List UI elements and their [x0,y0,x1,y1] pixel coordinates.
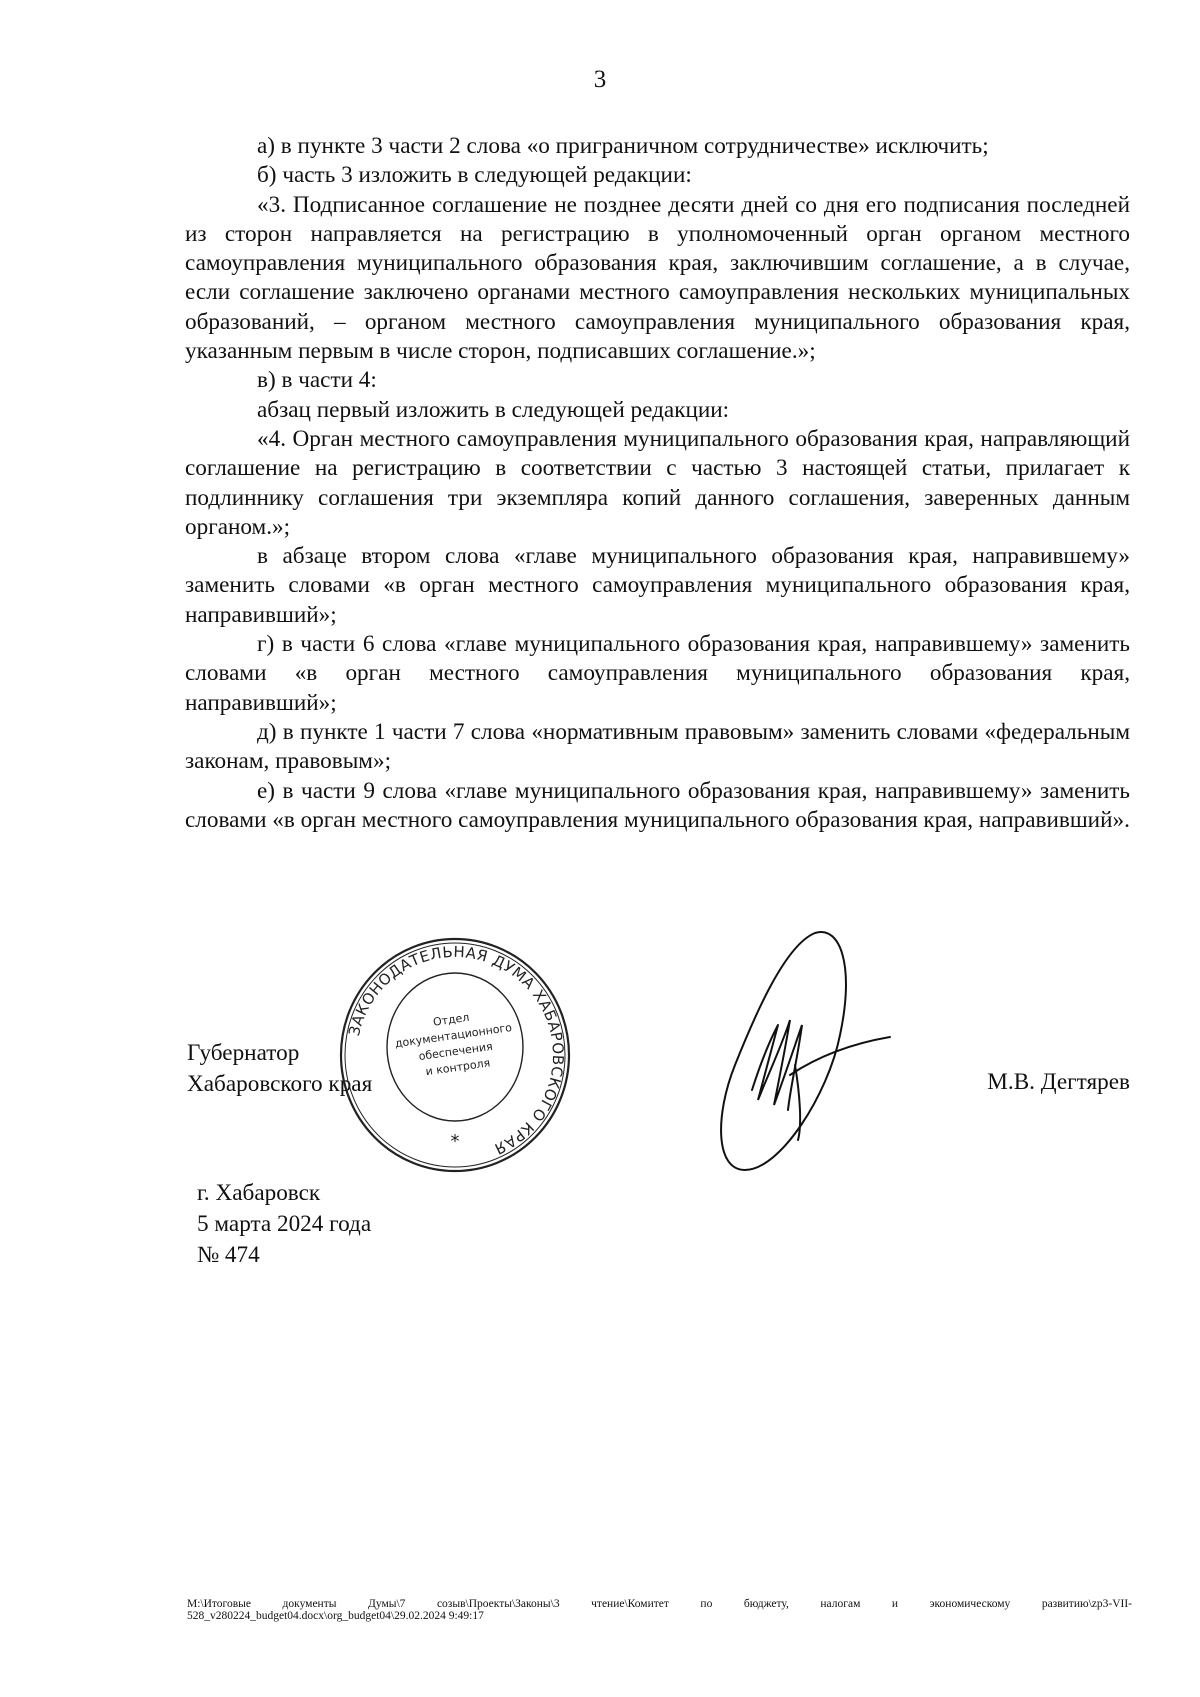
paragraph-d: д) в пункте 1 части 7 слова «нормативным… [185,718,1130,777]
paragraph-v: в) в части 4: [185,366,1130,395]
paragraph-b: б) часть 3 изложить в следующей редакции… [185,161,1130,190]
footer-line2: 528_v280224_budget04.docx\org_budget04\2… [187,1610,1132,1622]
file-path-footer: M:\Итоговые документы Думы\7 созыв\Проек… [187,1598,1132,1622]
document-body: а) в пункте 3 части 2 слова «о пригранич… [185,132,1130,835]
handwritten-signature-icon [690,925,920,1175]
place-and-date: г. Хабаровск 5 марта 2024 года № 474 [197,1178,371,1271]
paragraph-part4-text: «4. Орган местного самоуправления муници… [185,425,1130,542]
paragraph-g: г) в части 6 слова «главе муниципального… [185,630,1130,718]
footer-line1: M:\Итоговые документы Думы\7 созыв\Проек… [187,1598,1132,1610]
city: г. Хабаровск [197,1178,371,1209]
official-stamp-icon: ЗАКОНОДАТЕЛЬНАЯ ДУМА ХАБАРОВСКОГО КРАЯ О… [335,935,575,1175]
paragraph-second-abzac: в абзаце втором слова «главе муниципальн… [185,542,1130,630]
paragraph-e: е) в части 9 слова «главе муниципального… [185,777,1130,836]
date: 5 марта 2024 года [197,1209,371,1240]
stamp-star-icon: * [451,1131,460,1152]
document-number: № 474 [197,1240,371,1271]
paragraph-part3-text: «3. Подписанное соглашение не позднее де… [185,191,1130,367]
page-number: 3 [0,66,1200,94]
paragraph-a: а) в пункте 3 части 2 слова «о пригранич… [185,132,1130,161]
paragraph-first-abzac: абзац первый изложить в следующей редакц… [185,396,1130,425]
stamp-inner-line1: Отдел [432,1011,470,1029]
signatory-name: М.В. Дегтярев [987,1069,1130,1096]
